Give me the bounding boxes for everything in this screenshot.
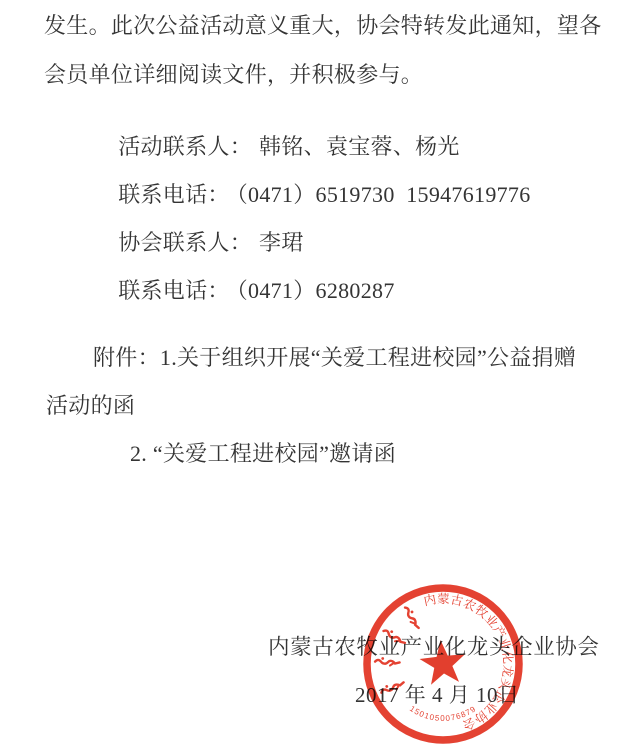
paragraph-line-1: 发生。此次公益活动意义重大，协会特转发此通知，望各 [44, 13, 602, 39]
attachment-line-3: 2. “关爱工程进校园”邀请函 [130, 441, 396, 467]
paragraph-line-2: 会员单位详细阅读文件，并积极参与。 [44, 62, 423, 88]
contact-label: 联系电话： [118, 278, 230, 303]
official-seal-stamp: 内蒙古农牧业产业化龙头企业协会 1501050076879 [353, 574, 533, 754]
seal-graphic: 内蒙古农牧业产业化龙头企业协会 1501050076879 [353, 574, 533, 754]
document-page: 发生。此次公益活动意义重大，协会特转发此通知，望各 会员单位详细阅读文件，并积极… [0, 0, 642, 756]
signature-organization: 内蒙古农牧业产业化龙头企业协会 [268, 634, 600, 660]
attachment-line-1: 附件：1.关于组织开展“关爱工程进校园”公益捐赠 [93, 345, 576, 371]
contact-association-phone: 联系电话：（0471）6280287 [95, 252, 395, 330]
contact-value: （0471）6280287 [237, 278, 395, 303]
signature-date: 2017 年 4 月 10日 [355, 682, 520, 708]
attachment-line-2: 活动的函 [46, 393, 135, 419]
seal-ring-text: 内蒙古农牧业产业化龙头企业协会 [422, 591, 516, 733]
seal-ring [367, 588, 519, 740]
